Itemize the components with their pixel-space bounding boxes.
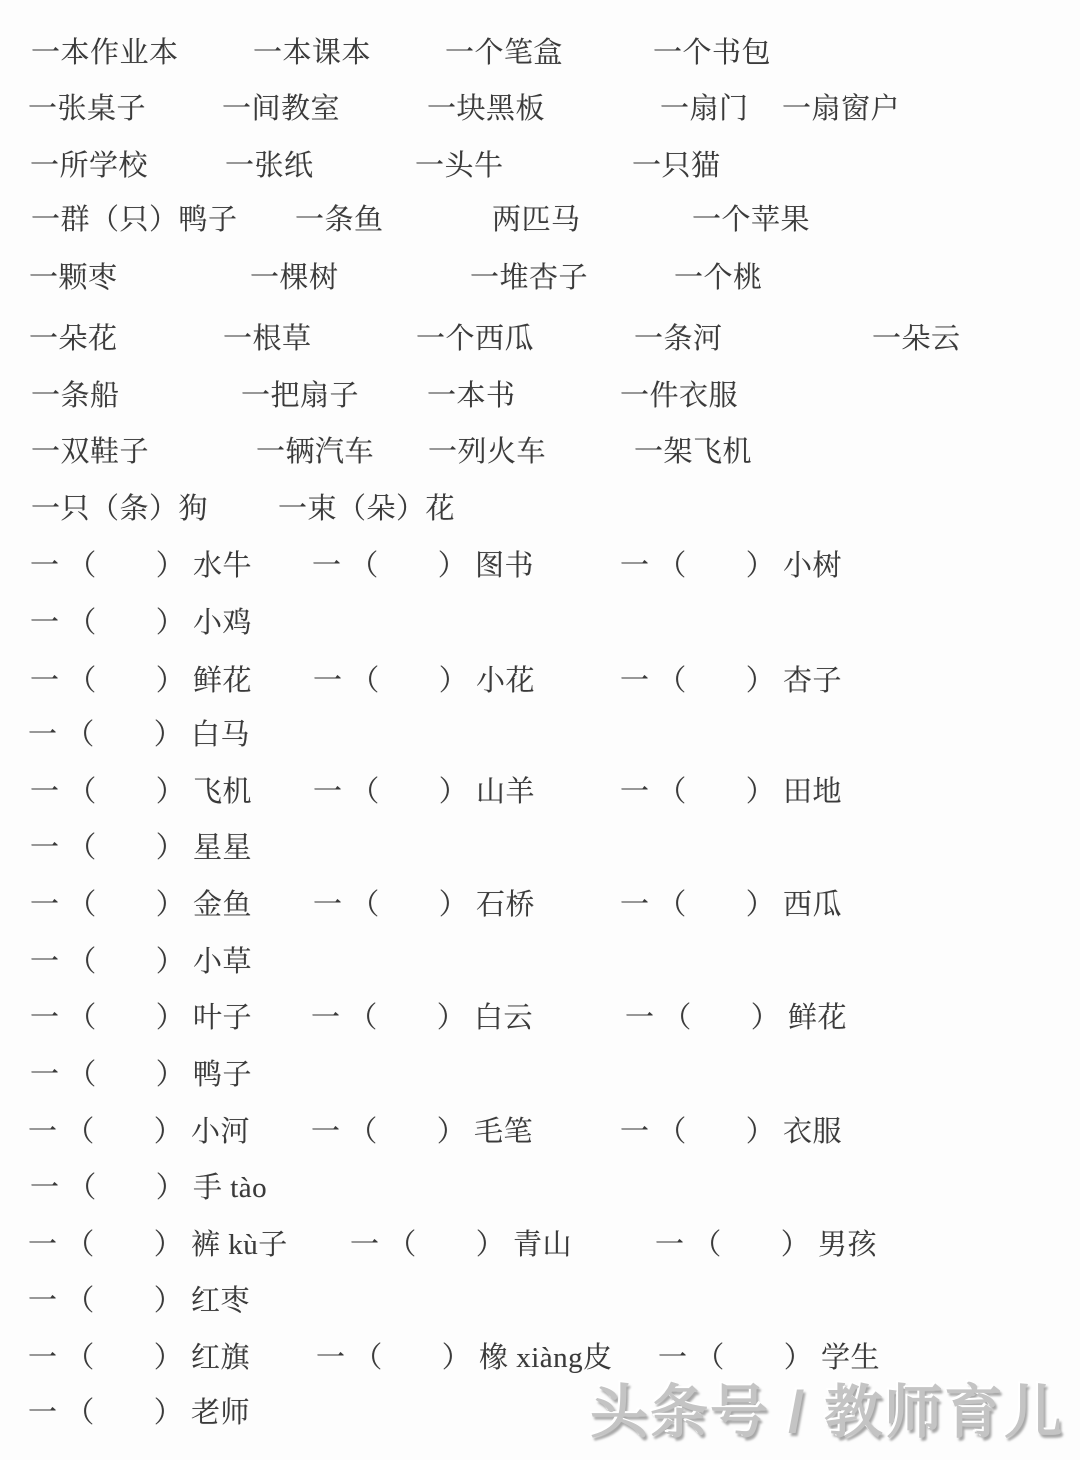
phrase-text: 一 （ ） 金鱼: [30, 888, 252, 922]
phrase-text: 一 （ ） 裤 kù子: [28, 1228, 288, 1262]
phrase-text: 一 （ ） 小树: [620, 549, 842, 583]
phrase-text: 一个桃: [674, 261, 763, 295]
phrase-text: 一只（条）狗: [31, 492, 208, 526]
phrase-text: 一 （ ） 橡 xiàng皮: [316, 1341, 613, 1375]
phrase-text: 一 （ ） 小鸡: [30, 606, 252, 640]
phrase-text: 一扇门: [660, 92, 749, 126]
phrase-text: 一根草: [223, 322, 312, 356]
phrase-text: 一张纸: [225, 149, 314, 183]
phrase-text: 一本作业本: [31, 36, 179, 70]
phrase-text: 一束（朵）花: [278, 492, 455, 526]
phrase-text: 一把扇子: [241, 379, 359, 413]
phrase-text: 一 （ ） 衣服: [620, 1115, 842, 1149]
phrase-text: 一条船: [31, 379, 120, 413]
phrase-text: 两匹马: [492, 203, 581, 237]
phrase-text: 一朵云: [872, 322, 961, 356]
phrase-text: 一张桌子: [28, 92, 146, 126]
phrase-text: 一列火车: [428, 435, 546, 469]
phrase-text: 一 （ ） 男孩: [655, 1228, 877, 1262]
phrase-text: 一 （ ） 石桥: [313, 888, 535, 922]
phrase-text: 一个苹果: [692, 203, 810, 237]
phrase-text: 一 （ ） 毛笔: [311, 1115, 533, 1149]
phrase-text: 一 （ ） 星星: [30, 831, 252, 865]
phrase-text: 一块黑板: [427, 92, 545, 126]
phrase-text: 一 （ ） 杏子: [620, 664, 842, 698]
phrase-text: 一辆汽车: [256, 435, 374, 469]
phrase-text: 一条鱼: [295, 203, 384, 237]
worksheet-page: 一本作业本一本课本一个笔盒一个书包一张桌子一间教室一块黑板一扇门一扇窗户一所学校…: [0, 0, 1080, 1460]
phrase-text: 一个笔盒: [445, 36, 563, 70]
phrase-text: 一本书: [427, 379, 516, 413]
phrase-text: 一 （ ） 山羊: [313, 775, 535, 809]
phrase-text: 一 （ ） 白云: [311, 1001, 533, 1035]
phrase-text: 一 （ ） 鲜花: [30, 664, 252, 698]
phrase-text: 一 （ ） 学生: [658, 1341, 880, 1375]
phrase-text: 一扇窗户: [782, 92, 900, 126]
phrase-text: 一所学校: [30, 149, 148, 183]
phrase-text: 一朵花: [29, 322, 118, 356]
phrase-text: 一 （ ） 田地: [620, 775, 842, 809]
phrase-text: 一双鞋子: [31, 435, 149, 469]
phrase-text: 一 （ ） 红枣: [28, 1284, 250, 1318]
phrase-text: 一架飞机: [634, 435, 752, 469]
phrase-text: 一本课本: [253, 36, 371, 70]
phrase-text: 一间教室: [222, 92, 340, 126]
phrase-text: 一 （ ） 白马: [28, 718, 250, 752]
phrase-text: 一堆杏子: [470, 261, 588, 295]
phrase-text: 一 （ ） 小河: [28, 1115, 250, 1149]
phrase-text: 一 （ ） 鸭子: [30, 1058, 252, 1092]
phrase-text: 一只猫: [632, 149, 721, 183]
phrase-text: 一头牛: [415, 149, 504, 183]
phrase-text: 一 （ ） 手 tào: [30, 1171, 267, 1205]
phrase-text: 一 （ ） 叶子: [30, 1001, 252, 1035]
phrase-text: 一 （ ） 飞机: [30, 775, 252, 809]
phrase-text: 一颗枣: [29, 261, 118, 295]
phrase-text: 一 （ ） 红旗: [28, 1341, 250, 1375]
phrase-text: 一个西瓜: [416, 322, 534, 356]
phrase-text: 一 （ ） 水牛: [30, 549, 252, 583]
phrase-text: 一群（只）鸭子: [31, 203, 238, 237]
phrase-text: 一 （ ） 西瓜: [620, 888, 842, 922]
phrase-text: 一 （ ） 老师: [28, 1396, 250, 1430]
watermark: 头条号 / 教师育儿: [590, 1384, 1064, 1442]
phrase-text: 一条河: [634, 322, 723, 356]
phrase-text: 一个书包: [653, 36, 771, 70]
phrase-text: 一 （ ） 小花: [313, 664, 535, 698]
phrase-text: 一 （ ） 小草: [30, 945, 252, 979]
phrase-text: 一件衣服: [620, 379, 738, 413]
phrase-text: 一 （ ） 鲜花: [625, 1001, 847, 1035]
phrase-text: 一 （ ） 青山: [350, 1228, 572, 1262]
phrase-text: 一棵树: [250, 261, 339, 295]
phrase-text: 一 （ ） 图书: [312, 549, 534, 583]
